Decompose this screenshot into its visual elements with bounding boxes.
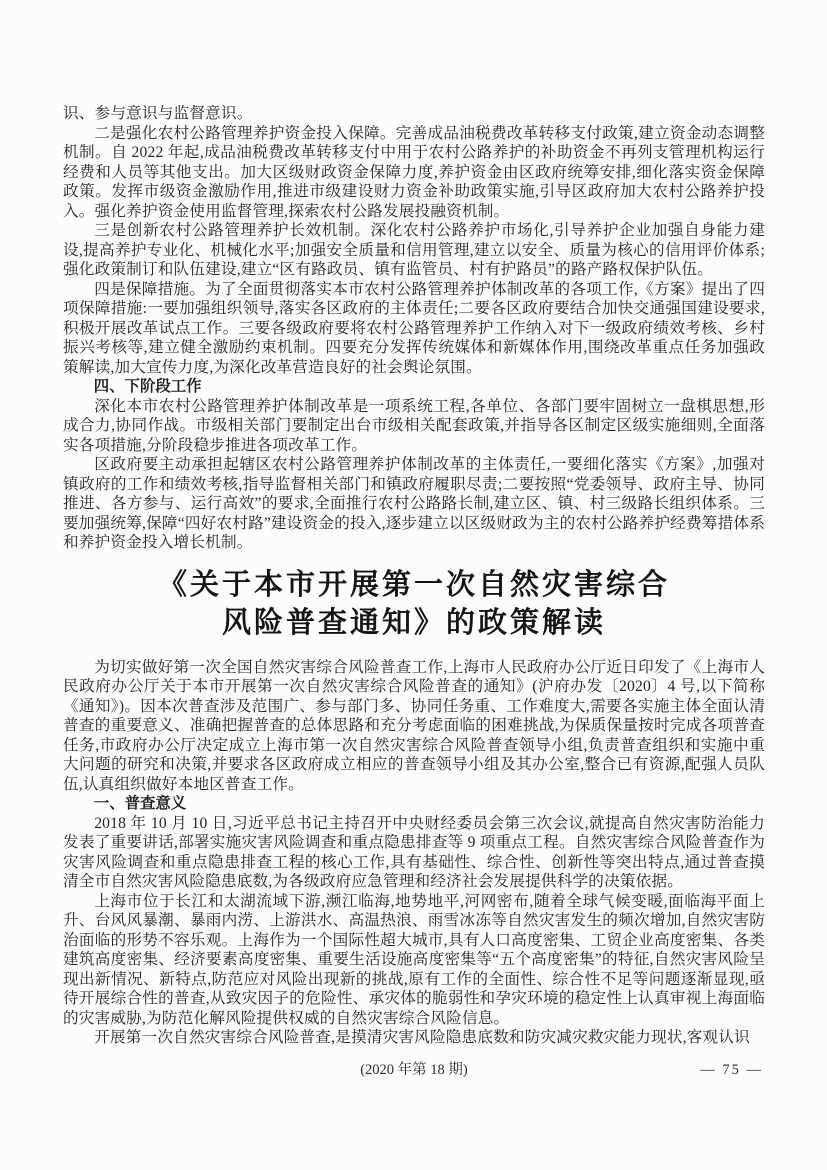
paragraph-policy-intro: 为切实做好第一次全国自然灾害综合风险普查工作,上海市人民政府办公厅近日印发了《上… <box>63 658 765 795</box>
page-number: — 75 — <box>700 1060 763 1080</box>
paragraph-district-responsibility: 区政府要主动承担起辖区农村公路管理养护体制改革的主体责任,一要细化落实《方案》,… <box>63 455 765 553</box>
article-title-line-2: 风险普查通知》的政策解读 <box>63 604 765 642</box>
paragraph-funding-guarantee: 二是强化农村公路管理养护资金投入保障。完善成品油税费改革转移支付政策,建立资金动… <box>63 124 765 222</box>
page-content: 识、参与意识与监督意识。 二是强化农村公路管理养护资金投入保障。完善成品油税费改… <box>63 104 765 1048</box>
paragraph-census-purpose-cutoff: 开展第一次自然灾害综合风险普查,是摸清灾害风险隐患底数和防灾减灾救灾能力现状,客… <box>63 1028 765 1048</box>
section-heading-census-significance: 一、普查意义 <box>63 794 765 814</box>
paragraph-safeguard-measures: 四是保障措施。为了全面贯彻落实本市农村公路管理养护体制改革的各项工作,《方案》提… <box>63 280 765 378</box>
article-title: 《关于本市开展第一次自然灾害综合 风险普查通知》的政策解读 <box>63 566 765 642</box>
paragraph-central-meeting: 2018 年 10 月 10 日,习近平总书记主持召开中央财经委员会第三次会议,… <box>63 814 765 892</box>
paragraph-carryover: 识、参与意识与监督意识。 <box>63 104 765 124</box>
paragraph-deepen-reform: 深化本市农村公路管理养护体制改革是一项系统工程,各单位、各部门要牢固树立一盘棋思… <box>63 397 765 456</box>
paragraph-longterm-mechanism: 三是创新农村公路管理养护长效机制。深化农村公路养护市场化,引导养护企业加强自身能… <box>63 221 765 280</box>
journal-issue-label: (2020 年第 18 期) <box>63 1060 765 1080</box>
page-footer: (2020 年第 18 期) — 75 — <box>63 1060 765 1080</box>
document-page: 识、参与意识与监督意识。 二是强化农村公路管理养护资金投入保障。完善成品油税费改… <box>0 0 827 1170</box>
paragraph-shanghai-risks: 上海市位于长江和太湖流域下游,濒江临海,地势地平,河网密布,随着全球气候变暖,面… <box>63 892 765 1029</box>
section-heading-next-stage: 四、下阶段工作 <box>63 377 765 397</box>
article-title-line-1: 《关于本市开展第一次自然灾害综合 <box>63 566 765 604</box>
